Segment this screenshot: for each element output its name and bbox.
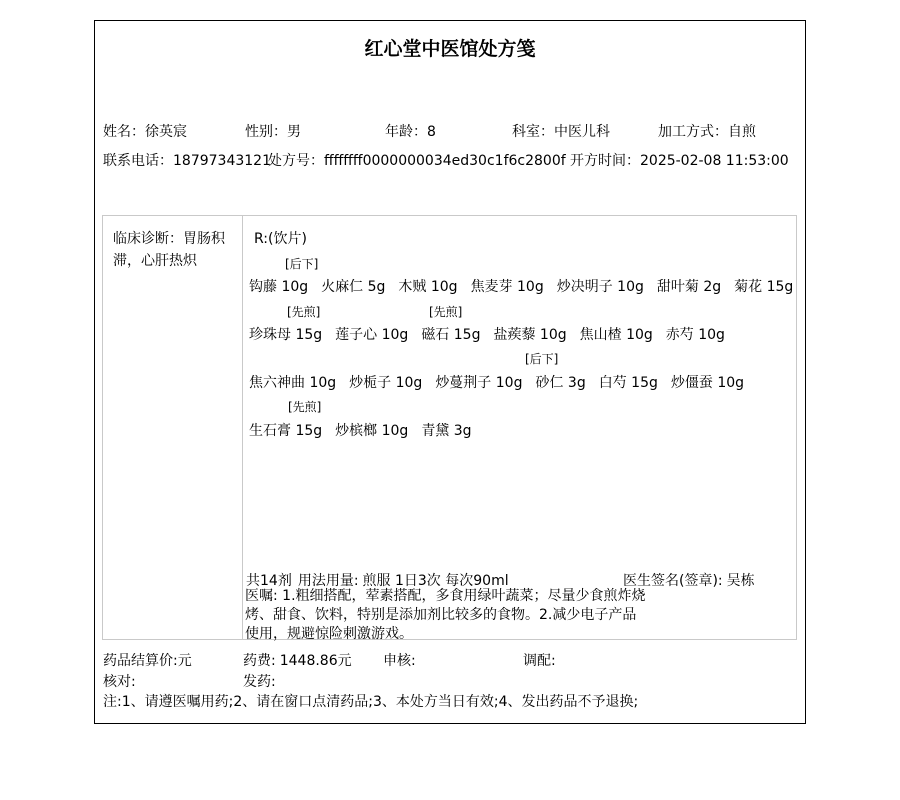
herb-item: 火麻仁 5g: [321, 279, 385, 295]
herb-line-1: 钩藤 10g火麻仁 5g木贼 10g焦麦芽 10g炒决明子 10g甜叶菊 2g菊…: [249, 276, 792, 296]
phone-label: 联系电话：: [103, 153, 173, 169]
herb-item: 生石膏 15g: [249, 423, 322, 439]
fee-value: 1448.86元: [280, 653, 352, 669]
processing-method-value: 自煎: [728, 124, 756, 140]
herb-item: 炒蔓荆子 10g: [435, 375, 522, 391]
decoction-tag: [先煎]: [288, 398, 321, 415]
rx-number-value: ffffffff0000000034ed30c1f6c2800f: [324, 153, 566, 169]
doctor-name: 吴栋: [727, 573, 755, 589]
decoction-tag: [先煎]: [429, 303, 462, 320]
patient-name-field: 姓名：徐英宸: [103, 121, 187, 141]
issue-time-label: 开方时间：: [570, 153, 640, 169]
herb-item: 磁石 15g: [421, 327, 480, 343]
herb-line-4: 生石膏 15g炒槟榔 10g青黛 3g: [249, 420, 792, 440]
rx-number-field: 处方号：ffffffff0000000034ed30c1f6c2800f: [268, 150, 566, 170]
patient-age-field: 年龄：8: [385, 121, 436, 141]
processing-method-label: 加工方式：: [658, 124, 728, 140]
footer-note: 注:1、请遵医嘱用药;2、请在窗口点清药品;3、本处方当日有效;4、发出药品不予…: [103, 691, 638, 711]
patient-gender-value: 男: [287, 124, 301, 140]
patient-age-value: 8: [427, 124, 436, 140]
prescription-sheet: 红心堂中医馆处方笺 姓名：徐英宸 性别：男 年龄：8 科室：中医儿科 加工方式：…: [94, 20, 806, 724]
patient-department-value: 中医儿科: [554, 124, 610, 140]
herb-item: 砂仁 3g: [535, 375, 585, 391]
fee-label: 药费:: [243, 653, 276, 669]
patient-gender-label: 性别：: [245, 124, 287, 140]
herb-item: 钩藤 10g: [249, 279, 308, 295]
phone-value: 18797343121: [173, 153, 271, 169]
rx-label: R:(饮片): [254, 228, 307, 248]
tag-row-1: [后下]: [249, 255, 792, 272]
herb-item: 莲子心 10g: [335, 327, 408, 343]
review-field: 申核:: [383, 650, 416, 670]
herb-item: 珍珠母 15g: [249, 327, 322, 343]
patient-department-field: 科室：中医儿科: [512, 121, 610, 141]
herb-item: 盐蒺藜 10g: [493, 327, 566, 343]
herb-item: 焦麦芽 10g: [471, 279, 544, 295]
herb-item: 焦山楂 10g: [580, 327, 653, 343]
herb-item: 白芍 15g: [599, 375, 658, 391]
herb-item: 炒决明子 10g: [557, 279, 644, 295]
herb-item: 炒僵蚕 10g: [671, 375, 744, 391]
settlement-price-field: 药品结算价:元: [103, 650, 192, 670]
herb-item: 焦六神曲 10g: [249, 375, 336, 391]
patient-department-label: 科室：: [512, 124, 554, 140]
patient-name-label: 姓名：: [103, 124, 145, 140]
diagnosis-cell: 临床诊断：胃肠积滞，心肝热炽: [103, 216, 243, 639]
herb-item: 炒槟榔 10g: [335, 423, 408, 439]
page-title: 红心堂中医馆处方笺: [95, 34, 805, 61]
patient-age-label: 年龄：: [385, 124, 427, 140]
phone-field: 联系电话：18797343121: [103, 150, 271, 170]
herb-line-2: 珍珠母 15g莲子心 10g磁石 15g盐蒺藜 10g焦山楂 10g赤芍 10g: [249, 324, 792, 344]
herb-item: 炒栀子 10g: [349, 375, 422, 391]
check-field: 核对:: [103, 671, 136, 691]
decoction-tag: [后下]: [525, 350, 558, 367]
herbs-column: R:(饮片) [后下] 钩藤 10g火麻仁 5g木贼 10g焦麦芽 10g炒决明…: [244, 216, 796, 639]
diagnosis-label: 临床诊断：: [113, 231, 183, 247]
fee-field: 药费:1448.86元: [243, 650, 352, 670]
herb-line-3: 焦六神曲 10g炒栀子 10g炒蔓荆子 10g砂仁 3g白芍 15g炒僵蚕 10…: [249, 372, 792, 392]
medical-advice: 医嘱: 1.粗细搭配，荤素搭配，多食用绿叶蔬菜；尽量少食煎炸烧烤、甜食、饮料，特…: [245, 587, 647, 644]
herb-item: 木贼 10g: [398, 279, 457, 295]
herb-item: 菊花 15g: [734, 279, 793, 295]
patient-gender-field: 性别：男: [245, 121, 301, 141]
patient-name-value: 徐英宸: [145, 124, 187, 140]
rx-number-label: 处方号：: [268, 153, 324, 169]
herb-item: 赤芍 10g: [666, 327, 725, 343]
tag-row-2: [先煎][先煎]: [249, 303, 792, 320]
decoction-tag: [先煎]: [287, 303, 320, 320]
issue-time-value: 2025-02-08 11:53:00: [640, 153, 789, 169]
tag-row-3: [后下]: [249, 350, 792, 367]
prepare-field: 调配:: [523, 650, 556, 670]
prescription-body: 临床诊断：胃肠积滞，心肝热炽 R:(饮片) [后下] 钩藤 10g火麻仁 5g木…: [102, 215, 797, 640]
herb-item: 青黛 3g: [421, 423, 471, 439]
herb-item: 甜叶菊 2g: [657, 279, 721, 295]
tag-row-4: [先煎]: [249, 398, 792, 415]
processing-method-field: 加工方式：自煎: [658, 121, 756, 141]
dispense-field: 发药:: [243, 671, 276, 691]
decoction-tag: [后下]: [285, 255, 318, 272]
issue-time-field: 开方时间：2025-02-08 11:53:00: [570, 150, 789, 170]
